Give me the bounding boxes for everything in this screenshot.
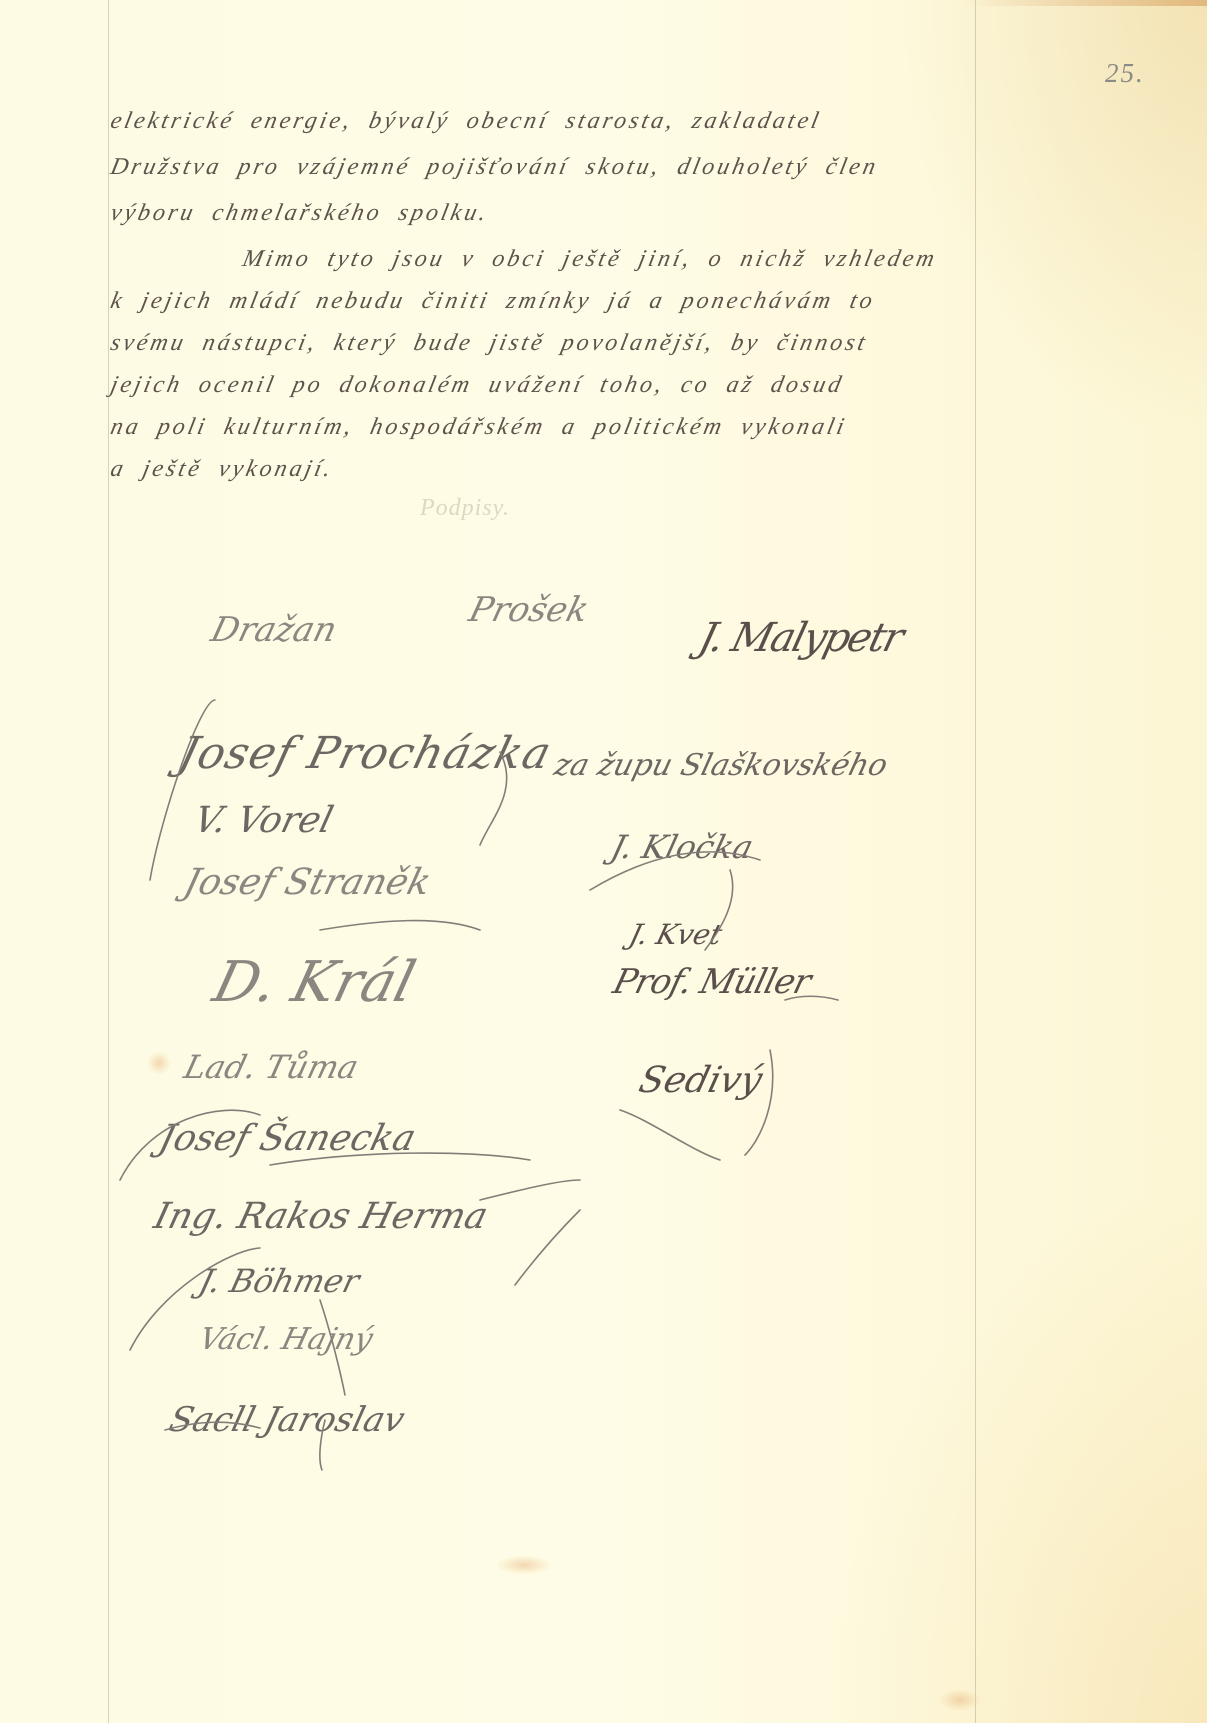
signature-flourishes	[0, 0, 1207, 1723]
paper-stain	[148, 1052, 170, 1074]
manuscript-page: 25. elektrické energie, bývalý obecní st…	[0, 0, 1207, 1723]
paper-stain	[940, 1690, 980, 1710]
paper-stain	[498, 1556, 550, 1574]
